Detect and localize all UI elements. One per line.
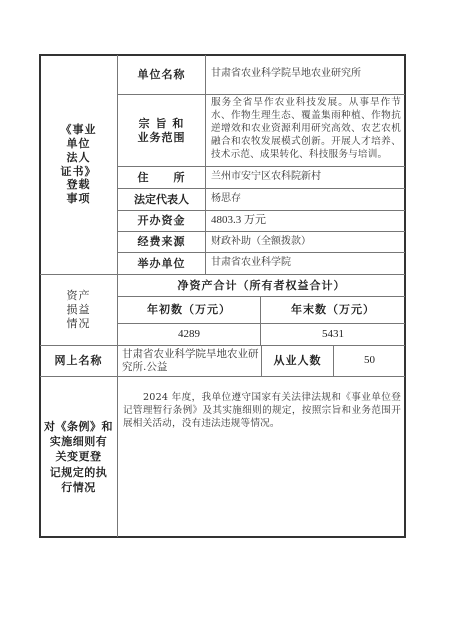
- label-line: 业务范围: [138, 131, 186, 145]
- legal-rep-label: 法定代表人: [118, 189, 205, 210]
- net-assets-header: 净资产合计（所有者权益合计）: [118, 275, 405, 296]
- label-line: 《事业: [61, 123, 97, 137]
- compliance-label: 对《条例》和 实施细则有 关变更登 记规定的执 行情况: [40, 377, 117, 537]
- sponsor-value: 甘肃省农业科学院: [206, 253, 405, 274]
- purpose-scope-value: 服务全省旱作农业科技发展。从事旱作节水、作物生理生态、覆盖集雨种植、作物抗逆增效…: [206, 95, 405, 166]
- label-line: 登载: [67, 178, 91, 192]
- staff-count-label: 从业人数: [262, 346, 333, 376]
- label-line: 宗 旨 和: [139, 117, 185, 131]
- end-year-value: 5431: [261, 324, 405, 345]
- address-value: 兰州市安宁区农科院新村: [206, 167, 405, 188]
- label-line: 法人: [67, 151, 91, 165]
- address-label: 住 所: [118, 167, 205, 188]
- end-year-label: 年末数（万元）: [261, 297, 405, 323]
- unit-name-value: 甘肃省农业科学院旱地农业研究所: [206, 55, 405, 94]
- compliance-text: 2024 年度，我单位遵守国家有关法律法规和《事业单位登记管理暂行条例》及其实施…: [118, 377, 405, 537]
- funding-source-value: 财政补助（全额拨款）: [206, 232, 405, 252]
- label-line: 情况: [67, 317, 91, 331]
- label-line: 记规定的执: [50, 465, 108, 480]
- begin-year-label: 年初数（万元）: [118, 297, 260, 323]
- unit-name-label: 单位名称: [118, 55, 205, 94]
- begin-year-value: 4289: [118, 324, 260, 345]
- label-line: 资产: [67, 289, 91, 303]
- label-line: 证书》: [61, 165, 97, 179]
- label-line: 事项: [67, 192, 91, 206]
- capital-value: 4803.3 万元: [206, 211, 405, 231]
- registration-section-label: 《事业 单位 法人 证书》 登载 事项: [40, 55, 117, 274]
- label-line: 损益: [67, 303, 91, 317]
- label-line: 实施细则有: [50, 434, 108, 449]
- online-name-label: 网上名称: [40, 346, 117, 376]
- legal-rep-value: 杨思存: [206, 189, 405, 210]
- label-line: 对《条例》和: [44, 419, 113, 434]
- document-page: 《事业 单位 法人 证书》 登载 事项 单位名称 甘肃省农业科学院旱地农业研究所…: [0, 0, 450, 635]
- online-name-value: 甘肃省农业科学院旱地农业研究所.公益: [118, 346, 261, 376]
- capital-label: 开办资金: [118, 211, 205, 231]
- label-line: 关变更登: [56, 449, 102, 464]
- label-line: 单位: [67, 137, 91, 151]
- purpose-scope-label: 宗 旨 和 业务范围: [118, 95, 205, 166]
- label-line: 行情况: [61, 480, 96, 495]
- sponsor-label: 举办单位: [118, 253, 205, 274]
- staff-count-value: 50: [334, 346, 405, 376]
- assets-section-label: 资产 损益 情况: [40, 275, 117, 345]
- funding-source-label: 经费来源: [118, 232, 205, 252]
